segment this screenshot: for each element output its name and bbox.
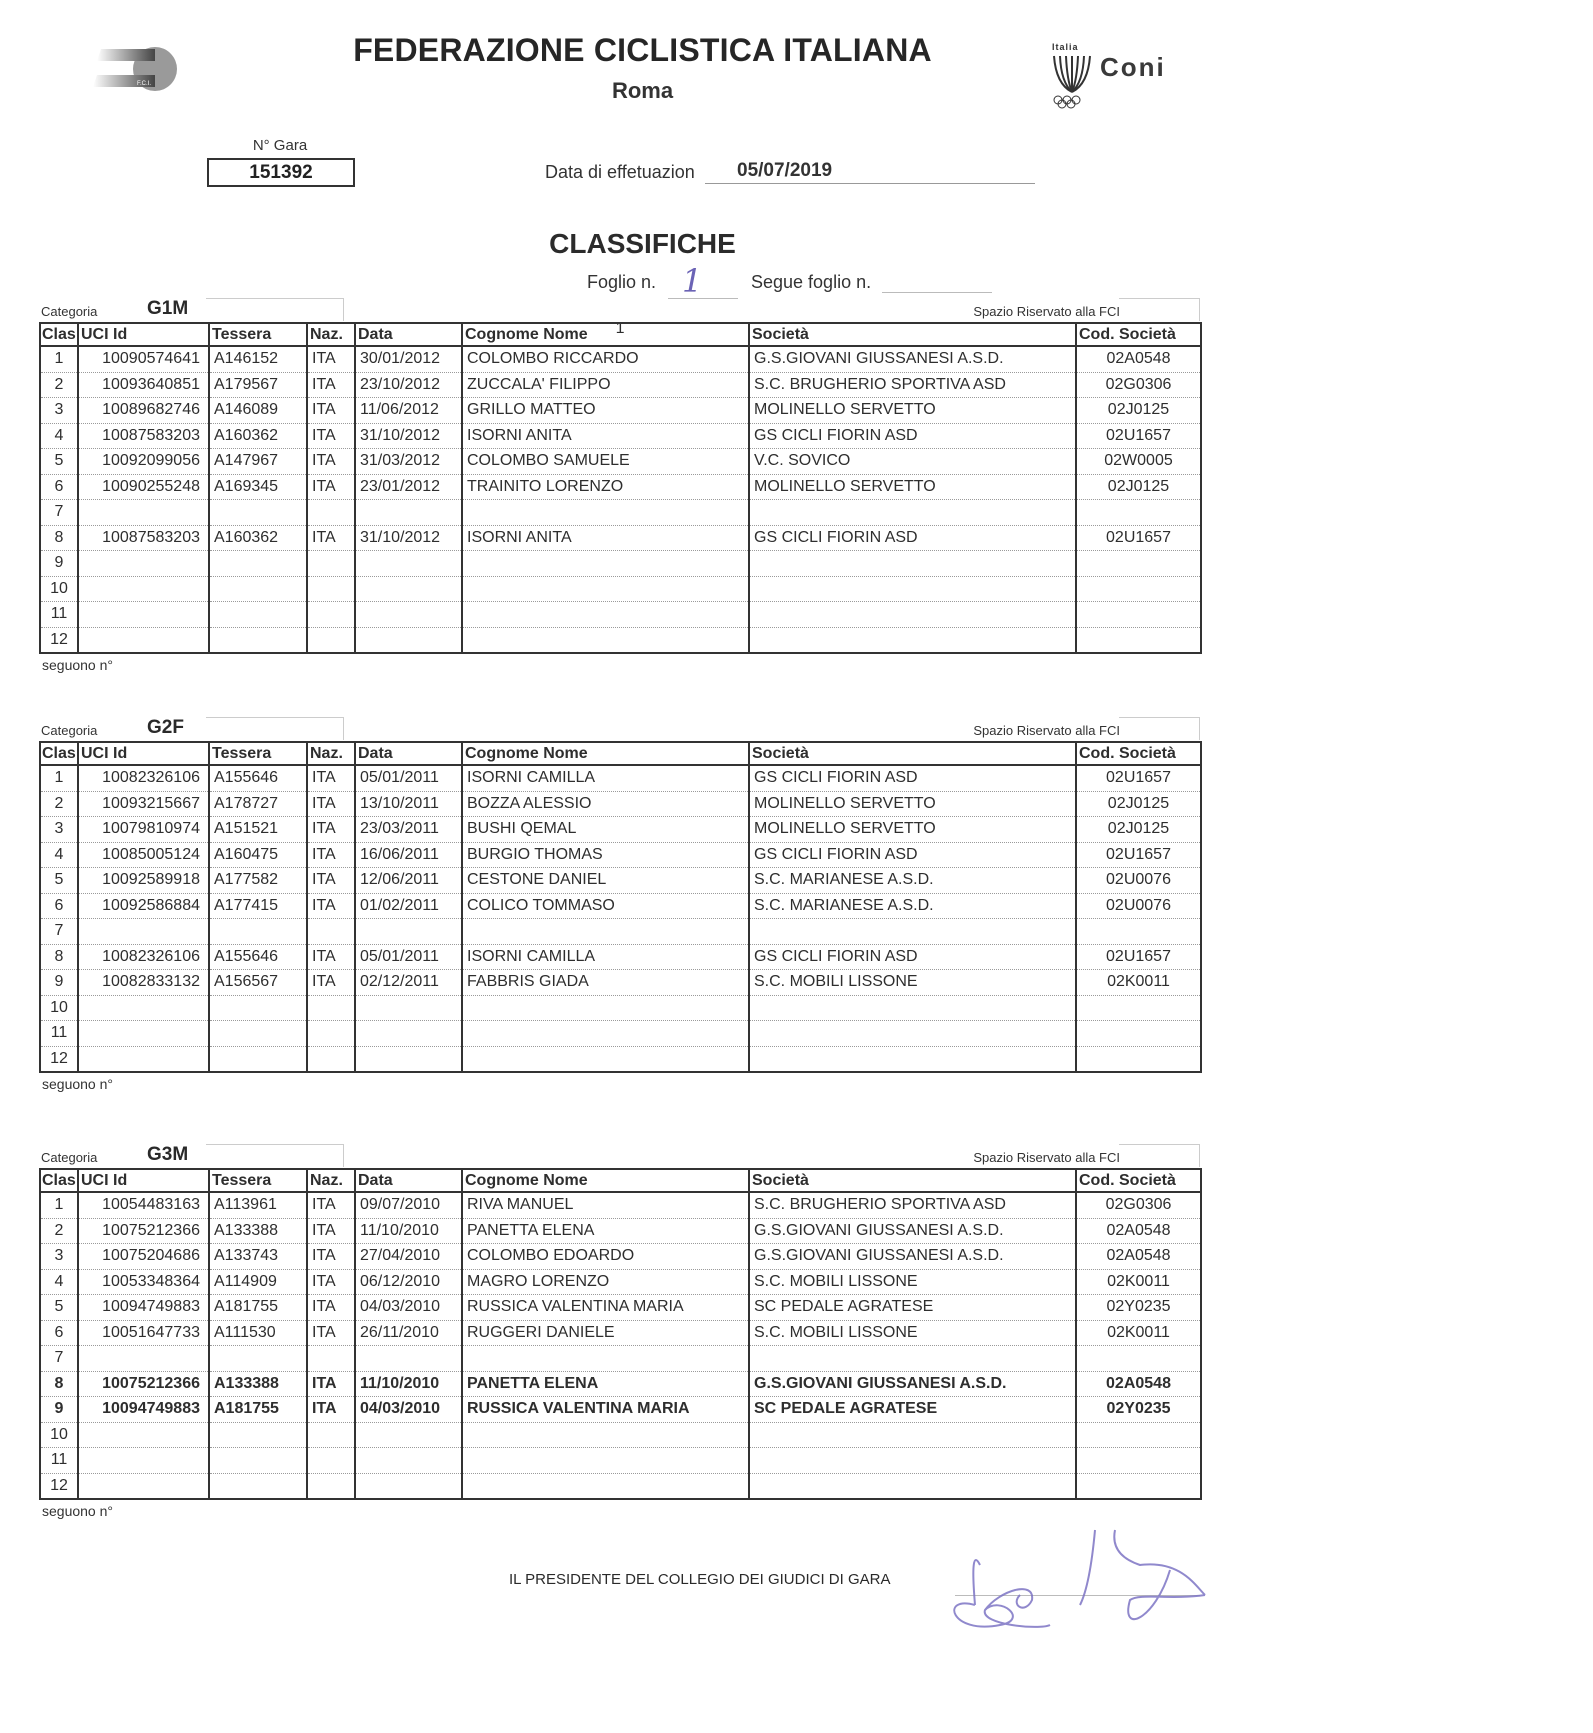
- cell-tessera: A133743: [209, 1244, 307, 1270]
- cell-naz: [307, 1346, 355, 1372]
- cell-cod: 02A0548: [1076, 1218, 1201, 1244]
- cell-nome: BURGIO THOMAS: [462, 842, 749, 868]
- category-label: Categoria: [41, 304, 97, 319]
- cell-cod: 02U1657: [1076, 944, 1201, 970]
- cell-cod: 02J0125: [1076, 474, 1201, 500]
- cell-uci: 10054483163: [78, 1192, 209, 1218]
- cell-data: 05/01/2011: [355, 944, 462, 970]
- cell-nome: PANETTA ELENA: [462, 1218, 749, 1244]
- cell-data: 02/12/2011: [355, 970, 462, 996]
- cell-uci: 10082326106: [78, 944, 209, 970]
- cell-tessera: [209, 1021, 307, 1047]
- cell-tessera: [209, 1346, 307, 1372]
- category-box: [206, 717, 344, 740]
- cell-data: [355, 500, 462, 526]
- cell-tessera: A179567: [209, 372, 307, 398]
- cell-tessera: A160362: [209, 423, 307, 449]
- cell-clas: 12: [40, 1473, 78, 1499]
- table-row: 410085005124A160475ITA16/06/2011BURGIO T…: [40, 842, 1201, 868]
- cell-clas: 11: [40, 1021, 78, 1047]
- cell-clas: 5: [40, 1295, 78, 1321]
- cell-clas: 6: [40, 474, 78, 500]
- cell-nome: COLOMBO RICCARDO: [462, 346, 749, 372]
- table-row: 210075212366A133388ITA11/10/2010PANETTA …: [40, 1218, 1201, 1244]
- cell-data: 23/01/2012: [355, 474, 462, 500]
- cell-tessera: A146089: [209, 398, 307, 424]
- seguono-label: seguono n°: [42, 1503, 113, 1519]
- cell-data: 05/01/2011: [355, 765, 462, 791]
- cell-nome: GRILLO MATTEO: [462, 398, 749, 424]
- column-header: UCI Id: [78, 742, 209, 765]
- table-row: 510094749883A181755ITA04/03/2010RUSSICA …: [40, 1295, 1201, 1321]
- cell-societa: [749, 551, 1076, 577]
- cell-tessera: A160475: [209, 842, 307, 868]
- table-header-row: ClasUCI IdTesseraNaz.DataCognome Nome1So…: [40, 323, 1201, 346]
- table-row: 11: [40, 602, 1201, 628]
- column-header: Tessera: [209, 323, 307, 346]
- cell-data: 06/12/2010: [355, 1269, 462, 1295]
- cell-nome: ZUCCALA' FILIPPO: [462, 372, 749, 398]
- cell-societa: MOLINELLO SERVETTO: [749, 791, 1076, 817]
- reserved-fci-box: [1119, 717, 1200, 740]
- cell-naz: ITA: [307, 791, 355, 817]
- cell-naz: ITA: [307, 346, 355, 372]
- cell-cod: [1076, 551, 1201, 577]
- column-header: Tessera: [209, 742, 307, 765]
- table-row: 510092099056A147967ITA31/03/2012COLOMBO …: [40, 449, 1201, 475]
- cell-data: [355, 1448, 462, 1474]
- cell-data: 31/10/2012: [355, 423, 462, 449]
- cell-nome: [462, 551, 749, 577]
- cell-cod: 02K0011: [1076, 1320, 1201, 1346]
- cell-uci: 10089682746: [78, 398, 209, 424]
- table-row: 11: [40, 1448, 1201, 1474]
- cell-clas: 5: [40, 449, 78, 475]
- table-row: 910094749883A181755ITA04/03/2010RUSSICA …: [40, 1397, 1201, 1423]
- cell-nome: [462, 627, 749, 653]
- cell-societa: [749, 995, 1076, 1021]
- cell-naz: [307, 602, 355, 628]
- column-header: Cod. Società: [1076, 742, 1201, 765]
- cell-uci: 10093640851: [78, 372, 209, 398]
- cell-cod: 02J0125: [1076, 791, 1201, 817]
- cell-cod: [1076, 1021, 1201, 1047]
- cell-naz: [307, 1046, 355, 1072]
- cell-clas: 2: [40, 372, 78, 398]
- table-row: 210093640851A179567ITA23/10/2012ZUCCALA'…: [40, 372, 1201, 398]
- cell-clas: 10: [40, 995, 78, 1021]
- column-header: UCI Id: [78, 1169, 209, 1192]
- table-row: 10: [40, 576, 1201, 602]
- cell-societa: G.S.GIOVANI GIUSSANESI A.S.D.: [749, 1371, 1076, 1397]
- cell-societa: S.C. MOBILI LISSONE: [749, 970, 1076, 996]
- cell-data: [355, 1422, 462, 1448]
- table-row: 110090574641A146152ITA30/01/2012COLOMBO …: [40, 346, 1201, 372]
- category-header: CategoriaG1MSpazio Riservato alla FCI: [39, 296, 1200, 322]
- cell-data: 09/07/2010: [355, 1192, 462, 1218]
- column-header: Clas: [40, 323, 78, 346]
- cell-naz: ITA: [307, 817, 355, 843]
- reserved-fci-box: [1119, 298, 1200, 321]
- table-row: 12: [40, 627, 1201, 653]
- category-label: Categoria: [41, 723, 97, 738]
- cell-cod: 02G0306: [1076, 372, 1201, 398]
- column-header: Tessera: [209, 1169, 307, 1192]
- cell-uci: [78, 1448, 209, 1474]
- cell-uci: 10090255248: [78, 474, 209, 500]
- cell-uci: [78, 576, 209, 602]
- cell-tessera: A111530: [209, 1320, 307, 1346]
- column-header: Clas: [40, 1169, 78, 1192]
- cell-nome: [462, 576, 749, 602]
- cell-data: 16/06/2011: [355, 842, 462, 868]
- cell-tessera: A113961: [209, 1192, 307, 1218]
- cell-nome: RUSSICA VALENTINA MARIA: [462, 1397, 749, 1423]
- cell-uci: [78, 1473, 209, 1499]
- cell-uci: 10075204686: [78, 1244, 209, 1270]
- cell-data: 13/10/2011: [355, 791, 462, 817]
- cell-nome: PANETTA ELENA: [462, 1371, 749, 1397]
- cell-naz: ITA: [307, 765, 355, 791]
- cell-societa: S.C. MOBILI LISSONE: [749, 1269, 1076, 1295]
- table-row: 810087583203A160362ITA31/10/2012ISORNI A…: [40, 525, 1201, 551]
- race-date: 05/07/2019: [705, 160, 1035, 184]
- cell-tessera: [209, 1473, 307, 1499]
- cell-clas: 4: [40, 1269, 78, 1295]
- cell-naz: ITA: [307, 423, 355, 449]
- cell-clas: 1: [40, 346, 78, 372]
- category-header: CategoriaG2FSpazio Riservato alla FCI: [39, 715, 1200, 741]
- cell-cod: [1076, 500, 1201, 526]
- cell-uci: [78, 627, 209, 653]
- cell-tessera: [209, 551, 307, 577]
- cell-data: 31/03/2012: [355, 449, 462, 475]
- table-row: 810075212366A133388ITA11/10/2010PANETTA …: [40, 1371, 1201, 1397]
- cell-tessera: A177415: [209, 893, 307, 919]
- cell-naz: [307, 1021, 355, 1047]
- race-number-label: N° Gara: [207, 137, 353, 154]
- column-header: Clas: [40, 742, 78, 765]
- column-header: Cod. Società: [1076, 1169, 1201, 1192]
- table-row: 610051647733A111530ITA26/11/2010RUGGERI …: [40, 1320, 1201, 1346]
- cell-societa: GS CICLI FIORIN ASD: [749, 765, 1076, 791]
- cell-tessera: [209, 602, 307, 628]
- cell-cod: 02U1657: [1076, 765, 1201, 791]
- cell-uci: 10082326106: [78, 765, 209, 791]
- cell-nome: COLICO TOMMASO: [462, 893, 749, 919]
- cell-tessera: A133388: [209, 1218, 307, 1244]
- table-row: 210093215667A178727ITA13/10/2011BOZZA AL…: [40, 791, 1201, 817]
- column-header: Società: [749, 742, 1076, 765]
- cell-cod: 02K0011: [1076, 970, 1201, 996]
- cell-data: 27/04/2010: [355, 1244, 462, 1270]
- table-row: 11: [40, 1021, 1201, 1047]
- cell-clas: 1: [40, 1192, 78, 1218]
- cell-data: [355, 602, 462, 628]
- cell-naz: ITA: [307, 1397, 355, 1423]
- cell-tessera: A156567: [209, 970, 307, 996]
- cell-cod: 02Y0235: [1076, 1295, 1201, 1321]
- cell-data: 31/10/2012: [355, 525, 462, 551]
- cell-societa: [749, 500, 1076, 526]
- cell-cod: [1076, 576, 1201, 602]
- cell-uci: 10094749883: [78, 1397, 209, 1423]
- cell-naz: [307, 995, 355, 1021]
- cell-cod: 02W0005: [1076, 449, 1201, 475]
- cell-tessera: [209, 995, 307, 1021]
- cell-clas: 6: [40, 1320, 78, 1346]
- cell-clas: 8: [40, 525, 78, 551]
- coni-italia-text: Italia: [1052, 42, 1079, 52]
- cell-uci: 10051647733: [78, 1320, 209, 1346]
- cell-clas: 9: [40, 1397, 78, 1423]
- table-row: 310075204686A133743ITA27/04/2010COLOMBO …: [40, 1244, 1201, 1270]
- cell-tessera: A155646: [209, 944, 307, 970]
- cell-cod: [1076, 627, 1201, 653]
- cell-data: [355, 551, 462, 577]
- cell-societa: GS CICLI FIORIN ASD: [749, 423, 1076, 449]
- cell-cod: 02G0306: [1076, 1192, 1201, 1218]
- column-header: Cognome Nome: [462, 1169, 749, 1192]
- cell-cod: [1076, 1346, 1201, 1372]
- cell-uci: [78, 1021, 209, 1047]
- cell-uci: 10092586884: [78, 893, 209, 919]
- cell-naz: ITA: [307, 1218, 355, 1244]
- cell-naz: [307, 919, 355, 945]
- cell-uci: [78, 919, 209, 945]
- cell-clas: 4: [40, 842, 78, 868]
- president-label: IL PRESIDENTE DEL COLLEGIO DEI GIUDICI D…: [509, 1571, 890, 1588]
- cell-naz: ITA: [307, 1295, 355, 1321]
- race-number: 151392: [207, 158, 355, 187]
- cell-nome: TRAINITO LORENZO: [462, 474, 749, 500]
- cell-data: [355, 1046, 462, 1072]
- cell-tessera: [209, 1422, 307, 1448]
- cell-data: 11/10/2010: [355, 1371, 462, 1397]
- cell-clas: 3: [40, 817, 78, 843]
- cell-clas: 2: [40, 1218, 78, 1244]
- seguono-label: seguono n°: [42, 657, 113, 673]
- cell-clas: 2: [40, 791, 78, 817]
- cell-societa: MOLINELLO SERVETTO: [749, 817, 1076, 843]
- cell-cod: [1076, 1473, 1201, 1499]
- cell-uci: 10090574641: [78, 346, 209, 372]
- cell-tessera: A178727: [209, 791, 307, 817]
- table-row: 510092589918A177582ITA12/06/2011CESTONE …: [40, 868, 1201, 894]
- cell-societa: S.C. BRUGHERIO SPORTIVA ASD: [749, 1192, 1076, 1218]
- cell-societa: S.C. BRUGHERIO SPORTIVA ASD: [749, 372, 1076, 398]
- cell-tessera: [209, 1448, 307, 1474]
- cell-clas: 7: [40, 919, 78, 945]
- cell-data: 04/03/2010: [355, 1397, 462, 1423]
- cell-tessera: [209, 627, 307, 653]
- cell-societa: S.C. MARIANESE A.S.D.: [749, 893, 1076, 919]
- cell-clas: 3: [40, 398, 78, 424]
- table-row: 810082326106A155646ITA05/01/2011ISORNI C…: [40, 944, 1201, 970]
- cell-data: [355, 1021, 462, 1047]
- reserved-fci-box: [1119, 1144, 1200, 1167]
- cell-tessera: A114909: [209, 1269, 307, 1295]
- cell-naz: [307, 1448, 355, 1474]
- classification-table-g3m: ClasUCI IdTesseraNaz.DataCognome NomeSoc…: [39, 1168, 1202, 1500]
- table-row: 310079810974A151521ITA23/03/2011BUSHI QE…: [40, 817, 1201, 843]
- coni-logo: Italia Coni: [1050, 42, 1180, 112]
- cell-societa: [749, 1021, 1076, 1047]
- cell-clas: 12: [40, 627, 78, 653]
- foglio-label: Foglio n.: [587, 272, 656, 293]
- cell-cod: 02U1657: [1076, 423, 1201, 449]
- table-row: 12: [40, 1473, 1201, 1499]
- cell-uci: 10087583203: [78, 525, 209, 551]
- column-header: Data: [355, 742, 462, 765]
- cell-naz: ITA: [307, 1371, 355, 1397]
- cell-data: 23/10/2012: [355, 372, 462, 398]
- cell-cod: [1076, 1448, 1201, 1474]
- cell-nome: ISORNI ANITA: [462, 525, 749, 551]
- cell-uci: 10079810974: [78, 817, 209, 843]
- classification-table-g1m: ClasUCI IdTesseraNaz.DataCognome Nome1So…: [39, 322, 1202, 654]
- cell-societa: G.S.GIOVANI GIUSSANESI A.S.D.: [749, 346, 1076, 372]
- table-row: 10: [40, 1422, 1201, 1448]
- cell-clas: 9: [40, 970, 78, 996]
- cell-clas: 10: [40, 576, 78, 602]
- cell-data: 23/03/2011: [355, 817, 462, 843]
- column-header: UCI Id: [78, 323, 209, 346]
- cell-clas: 11: [40, 602, 78, 628]
- table-row: 12: [40, 1046, 1201, 1072]
- category-box: [206, 1144, 344, 1167]
- cell-data: [355, 627, 462, 653]
- cell-nome: [462, 1422, 749, 1448]
- cell-naz: ITA: [307, 525, 355, 551]
- coni-name: Coni: [1100, 52, 1166, 83]
- sheet-title: CLASSIFICHE: [0, 228, 1285, 260]
- column-header: Cognome Nome1: [462, 323, 749, 346]
- cell-societa: S.C. MOBILI LISSONE: [749, 1320, 1076, 1346]
- column-header: Società: [749, 1169, 1076, 1192]
- cell-societa: [749, 1346, 1076, 1372]
- cell-tessera: A169345: [209, 474, 307, 500]
- cell-nome: [462, 602, 749, 628]
- cell-data: [355, 576, 462, 602]
- cell-tessera: A151521: [209, 817, 307, 843]
- cell-uci: [78, 500, 209, 526]
- cell-data: 11/10/2010: [355, 1218, 462, 1244]
- table-header-row: ClasUCI IdTesseraNaz.DataCognome NomeSoc…: [40, 1169, 1201, 1192]
- cell-nome: CESTONE DANIEL: [462, 868, 749, 894]
- cell-cod: [1076, 602, 1201, 628]
- cell-cod: [1076, 1046, 1201, 1072]
- cell-clas: 6: [40, 893, 78, 919]
- cell-nome: RUSSICA VALENTINA MARIA: [462, 1295, 749, 1321]
- cell-clas: 11: [40, 1448, 78, 1474]
- cell-nome: ISORNI ANITA: [462, 423, 749, 449]
- column-header: Cod. Società: [1076, 323, 1201, 346]
- cell-clas: 3: [40, 1244, 78, 1270]
- cell-nome: COLOMBO EDOARDO: [462, 1244, 749, 1270]
- cell-uci: 10092589918: [78, 868, 209, 894]
- foglio-value-handwritten: 1: [668, 262, 738, 299]
- cell-societa: GS CICLI FIORIN ASD: [749, 944, 1076, 970]
- seguono-label: seguono n°: [42, 1076, 113, 1092]
- cell-societa: [749, 1046, 1076, 1072]
- cell-cod: 02U0076: [1076, 893, 1201, 919]
- cell-tessera: A147967: [209, 449, 307, 475]
- table-row: 310089682746A146089ITA11/06/2012GRILLO M…: [40, 398, 1201, 424]
- cell-nome: [462, 1473, 749, 1499]
- cell-cod: 02J0125: [1076, 817, 1201, 843]
- cell-nome: RIVA MANUEL: [462, 1192, 749, 1218]
- cell-tessera: A146152: [209, 346, 307, 372]
- column-header: Naz.: [307, 742, 355, 765]
- segue-foglio-label: Segue foglio n.: [751, 272, 871, 293]
- cell-clas: 5: [40, 868, 78, 894]
- table-header-row: ClasUCI IdTesseraNaz.DataCognome NomeSoc…: [40, 742, 1201, 765]
- cell-clas: 10: [40, 1422, 78, 1448]
- cell-tessera: [209, 576, 307, 602]
- table-row: 610090255248A169345ITA23/01/2012TRAINITO…: [40, 474, 1201, 500]
- cell-clas: 1: [40, 765, 78, 791]
- table-row: 110054483163A113961ITA09/07/2010RIVA MAN…: [40, 1192, 1201, 1218]
- cell-data: 11/06/2012: [355, 398, 462, 424]
- cell-data: 30/01/2012: [355, 346, 462, 372]
- cell-societa: GS CICLI FIORIN ASD: [749, 525, 1076, 551]
- cell-naz: ITA: [307, 1269, 355, 1295]
- cell-cod: 02K0011: [1076, 1269, 1201, 1295]
- cell-naz: [307, 500, 355, 526]
- cell-cod: [1076, 995, 1201, 1021]
- cell-data: 04/03/2010: [355, 1295, 462, 1321]
- cell-nome: MAGRO LORENZO: [462, 1269, 749, 1295]
- column-header: Naz.: [307, 323, 355, 346]
- column-header: Cognome Nome: [462, 742, 749, 765]
- table-row: 410053348364A114909ITA06/12/2010MAGRO LO…: [40, 1269, 1201, 1295]
- header-mark: 1: [616, 323, 625, 337]
- cell-tessera: A160362: [209, 525, 307, 551]
- cell-naz: ITA: [307, 474, 355, 500]
- cell-societa: GS CICLI FIORIN ASD: [749, 842, 1076, 868]
- cell-nome: COLOMBO SAMUELE: [462, 449, 749, 475]
- cell-cod: 02J0125: [1076, 398, 1201, 424]
- cell-naz: ITA: [307, 1320, 355, 1346]
- reserved-fci-label: Spazio Riservato alla FCI: [973, 1150, 1120, 1165]
- cell-nome: ISORNI CAMILLA: [462, 765, 749, 791]
- cell-data: [355, 995, 462, 1021]
- cell-naz: [307, 576, 355, 602]
- table-row: 9: [40, 551, 1201, 577]
- column-header: Data: [355, 1169, 462, 1192]
- cell-uci: 10082833132: [78, 970, 209, 996]
- category-box: [206, 298, 344, 321]
- cell-nome: ISORNI CAMILLA: [462, 944, 749, 970]
- segue-foglio-value: [882, 270, 992, 293]
- cell-cod: 02A0548: [1076, 346, 1201, 372]
- cell-naz: ITA: [307, 893, 355, 919]
- race-date-label: Data di effetuazion: [545, 162, 695, 183]
- cell-societa: [749, 576, 1076, 602]
- cell-nome: [462, 995, 749, 1021]
- cell-uci: [78, 1422, 209, 1448]
- cell-tessera: [209, 919, 307, 945]
- table-row: 7: [40, 500, 1201, 526]
- category-name: G1M: [147, 298, 188, 320]
- cell-uci: 10075212366: [78, 1371, 209, 1397]
- cell-cod: 02U1657: [1076, 842, 1201, 868]
- reserved-fci-label: Spazio Riservato alla FCI: [973, 304, 1120, 319]
- classification-table-g2f: ClasUCI IdTesseraNaz.DataCognome NomeSoc…: [39, 741, 1202, 1073]
- cell-naz: ITA: [307, 372, 355, 398]
- cell-cod: [1076, 919, 1201, 945]
